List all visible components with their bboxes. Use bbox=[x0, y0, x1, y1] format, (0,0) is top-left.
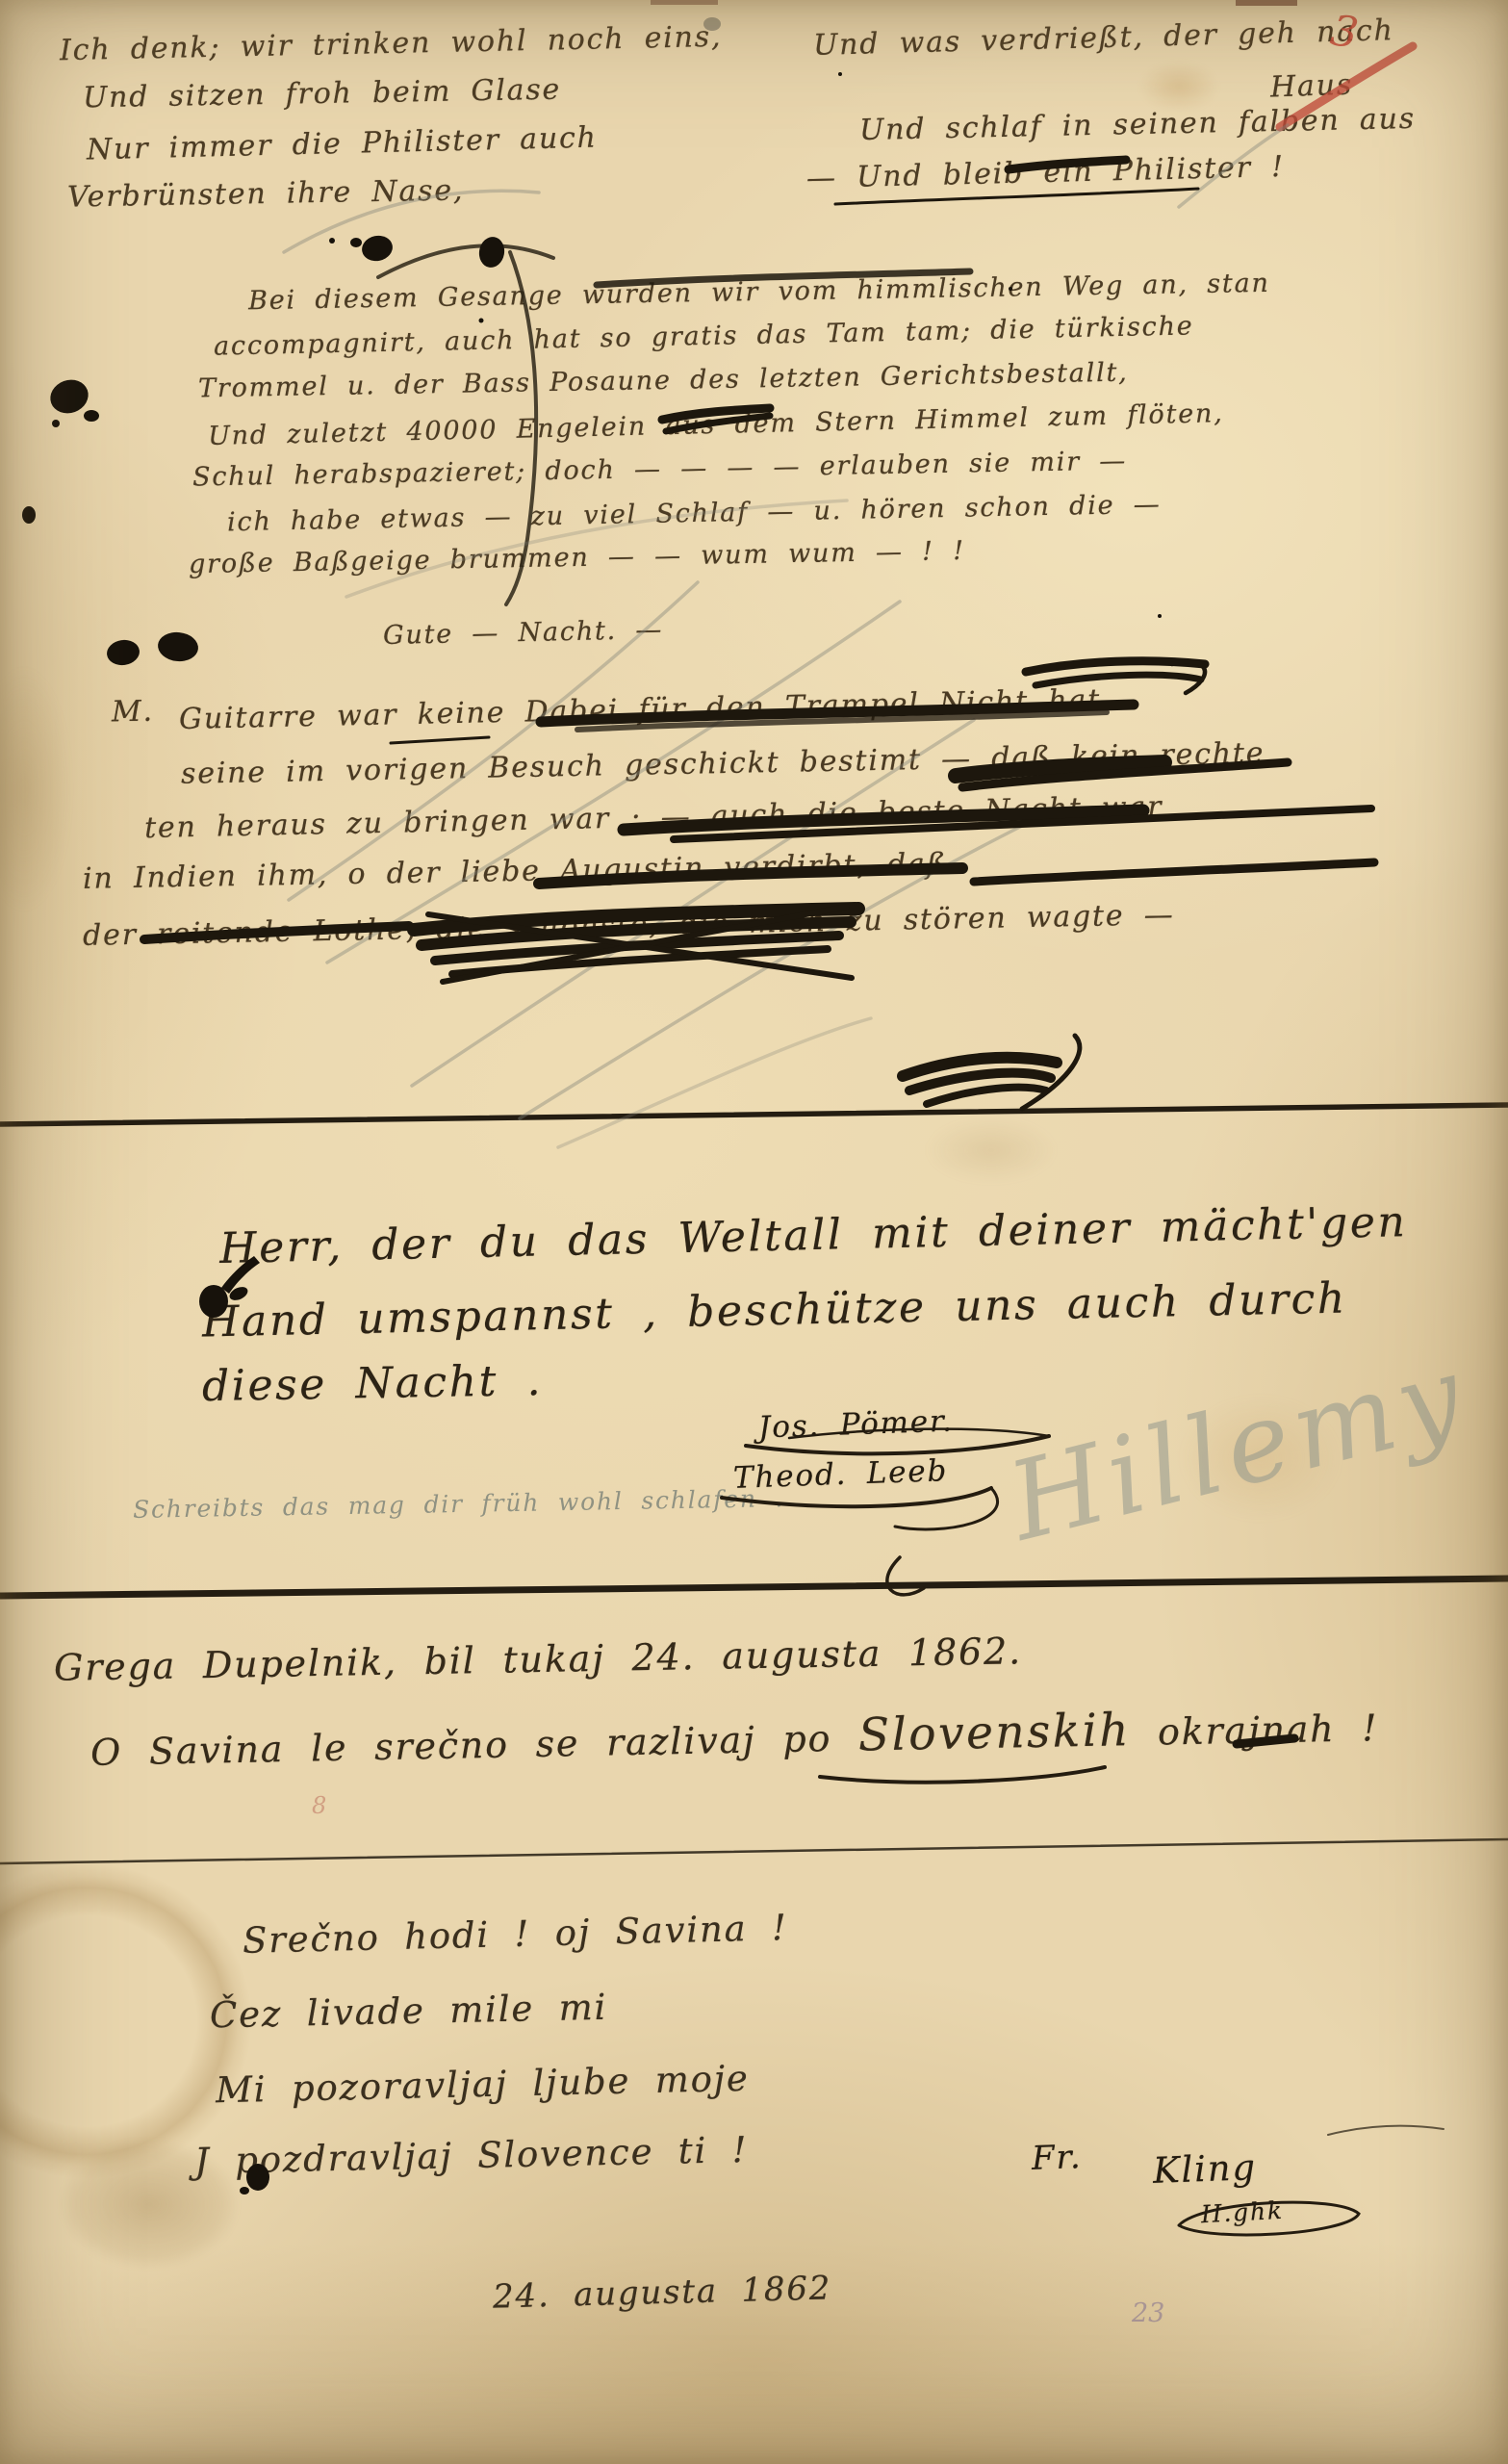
left-edge-stain bbox=[0, 626, 87, 953]
poem-line: Srečno hodi ! oj Savina ! bbox=[243, 1907, 789, 1962]
verse-line: Haus bbox=[1269, 68, 1353, 105]
poem-date: 24. augusta 1862 bbox=[493, 2269, 832, 2316]
poem-line: Mi pozoravljaj ljube moje bbox=[216, 2058, 751, 2112]
verse-line: — Und bleib ein Philister ! bbox=[806, 150, 1286, 195]
crossed-line: Guitarre war keine Dabei für den Trampel… bbox=[179, 683, 1102, 736]
poem-signature-sub: II.ghk bbox=[1200, 2196, 1284, 2228]
signature-jos-poemer: Jos. Pömer. bbox=[757, 1403, 954, 1445]
paragraph-line: Trommel u. der Bass Posaune des letzten … bbox=[198, 358, 1129, 404]
verse-line: Ich denk; wir trinken wohl noch eins, bbox=[60, 20, 723, 67]
paragraph-line: große Baßgeige brummen — — wum wum — ! ! bbox=[189, 536, 965, 579]
poem-signature-first: Fr. bbox=[1031, 2138, 1083, 2178]
page-number: 23 bbox=[1132, 2298, 1164, 2328]
crossed-line: ten heraus zu bringen war ; — auch die b… bbox=[144, 790, 1163, 845]
paragraph-line: ich habe etwas — zu viel Schlaf — u. hör… bbox=[227, 490, 1162, 538]
pencil-note: Schreibts das mag dir früh wohl schlafen… bbox=[133, 1484, 785, 1524]
poem-line: Čez livade mile mi bbox=[210, 1987, 608, 2037]
red-top-edge-mark bbox=[1236, 0, 1297, 6]
verse-line: Nur immer die Philister auch bbox=[87, 121, 598, 167]
rule-1 bbox=[0, 1105, 1508, 1124]
prayer-line: diese Nacht . bbox=[202, 1356, 544, 1411]
crossed-line: der reitende Lothe, die schönste, die mi… bbox=[83, 898, 1175, 953]
prayer-line: Herr, der du das Weltall mit deiner mäch… bbox=[219, 1197, 1408, 1273]
paragraph-line: Schul herabspazieret; doch — — — — erlau… bbox=[192, 447, 1128, 493]
verse-line: Und schlaf in seinen falben aus bbox=[859, 102, 1417, 147]
grega-line: Grega Dupelnik, bil tukaj 24. augusta 18… bbox=[54, 1630, 1023, 1689]
savina-line-emphasis: Slovenskih bbox=[857, 1704, 1131, 1761]
poem-line: J pozdravljaj Slovence ti ! bbox=[194, 2129, 749, 2182]
pencil-signature: Hillemy bbox=[997, 1332, 1478, 1566]
savina-line-pre: O Savina le srečno se razlivaj po bbox=[90, 1717, 859, 1774]
crossed-prefix: M. bbox=[112, 695, 154, 730]
savina-line: O Savina le srečno se razlivaj po Sloven… bbox=[90, 1699, 1379, 1777]
rule-3 bbox=[0, 1839, 1508, 1863]
crossed-line: seine im vorigen Besuch geschickt bestim… bbox=[181, 736, 1265, 791]
verse-line: Und sitzen froh beim Glase bbox=[83, 73, 562, 115]
red-folio-number: 3 bbox=[1327, 6, 1362, 59]
mid-smudge bbox=[905, 1107, 1078, 1193]
verse-line: Verbrünsten ihre Nase, bbox=[67, 173, 465, 214]
paragraph-line: Und zuletzt 40000 Engelein aus dem Stern… bbox=[208, 398, 1224, 451]
pencil-mark-8: 8 bbox=[312, 1792, 326, 1819]
rule-2 bbox=[0, 1578, 1508, 1596]
manuscript-page: 3 Ich denk; wir trinken wohl noch eins, … bbox=[0, 0, 1508, 2464]
red-top-edge-mark2 bbox=[651, 0, 718, 5]
savina-line-post: okrajnah ! bbox=[1131, 1707, 1379, 1754]
paragraph-line: accompagnirt, auch hat so gratis das Tam… bbox=[214, 311, 1194, 361]
poem-signature-last: Kling bbox=[1152, 2146, 1257, 2192]
crossed-line: in Indien ihm, o der liebe Augustin verd… bbox=[83, 847, 948, 896]
goodnight-line: Gute — Nacht. — bbox=[383, 615, 664, 651]
verse-line: Und was verdrießt, der geh nach bbox=[813, 13, 1394, 63]
paragraph-line: Bei diesem Gesange wurden wir vom himmli… bbox=[248, 269, 1270, 317]
prayer-line: Hand umspannst , beschütze uns auch durc… bbox=[202, 1274, 1348, 1347]
